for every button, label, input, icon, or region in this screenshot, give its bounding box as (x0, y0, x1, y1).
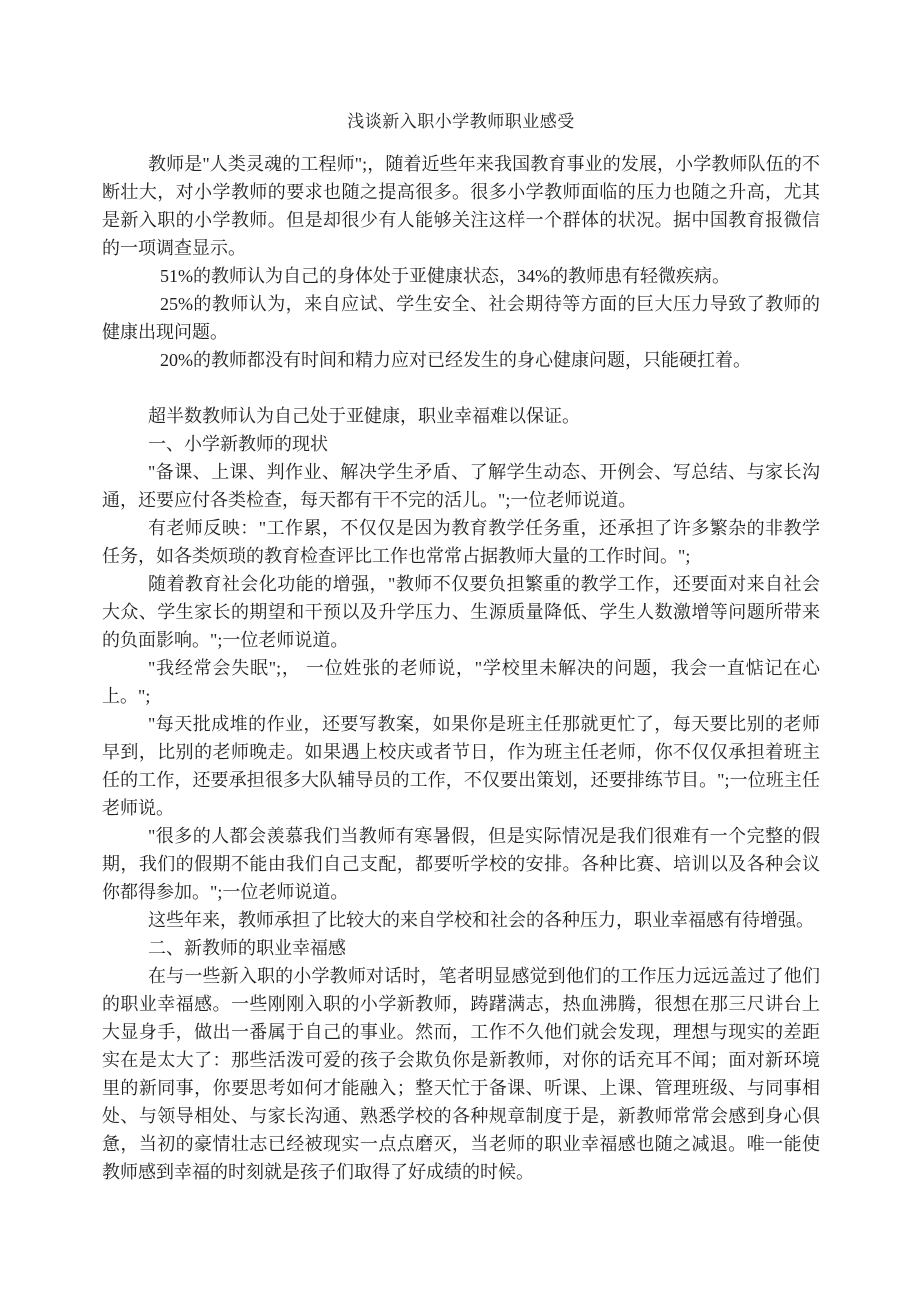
document-title: 浅谈新入职小学教师职业感受 (102, 108, 820, 136)
paragraph: "很多的人都会羡慕我们当教师有寒暑假，但是实际情况是我们很难有一个完整的假期，我… (102, 822, 820, 906)
document-page: 浅谈新入职小学教师职业感受 教师是"人类灵魂的工程师";，随着近些年来我国教育事… (0, 0, 920, 1302)
paragraph: 随着教育社会化功能的增强，"教师不仅要负担繁重的教学工作，还要面对来自社会大众、… (102, 570, 820, 654)
paragraph: 这些年来，教师承担了比较大的来自学校和社会的各种压力，职业幸福感有待增强。 (102, 906, 820, 934)
paragraph: "我经常会失眠";， 一位姓张的老师说，"学校里未解决的问题，我会一直惦记在心上… (102, 654, 820, 710)
paragraph: "每天批成堆的作业，还要写教案，如果你是班主任那就更忙了，每天要比别的老师早到，… (102, 710, 820, 822)
paragraph: 超半数教师认为自己处于亚健康，职业幸福难以保证。 (102, 402, 820, 430)
document-body: 教师是"人类灵魂的工程师";，随着近些年来我国教育事业的发展，小学教师队伍的不断… (102, 150, 820, 1186)
paragraph: 教师是"人类灵魂的工程师";，随着近些年来我国教育事业的发展，小学教师队伍的不断… (102, 150, 820, 262)
paragraph: 在与一些新入职的小学教师对话时，笔者明显感觉到他们的工作压力远远盖过了他们的职业… (102, 962, 820, 1186)
paragraph: 51%的教师认为自己的身体处于亚健康状态，34%的教师患有轻微疾病。 (102, 262, 820, 290)
section-heading: 一、小学新教师的现状 (102, 430, 820, 458)
blank-line (102, 374, 820, 402)
paragraph: 有老师反映："工作累，不仅仅是因为教育教学任务重，还承担了许多繁杂的非教学任务，… (102, 514, 820, 570)
paragraph: 25%的教师认为，来自应试、学生安全、社会期待等方面的巨大压力导致了教师的健康出… (102, 290, 820, 346)
paragraph: 20%的教师都没有时间和精力应对已经发生的身心健康问题，只能硬扛着。 (102, 346, 820, 374)
paragraph: "备课、上课、判作业、解决学生矛盾、了解学生动态、开例会、写总结、与家长沟通，还… (102, 458, 820, 514)
section-heading: 二、新教师的职业幸福感 (102, 934, 820, 962)
